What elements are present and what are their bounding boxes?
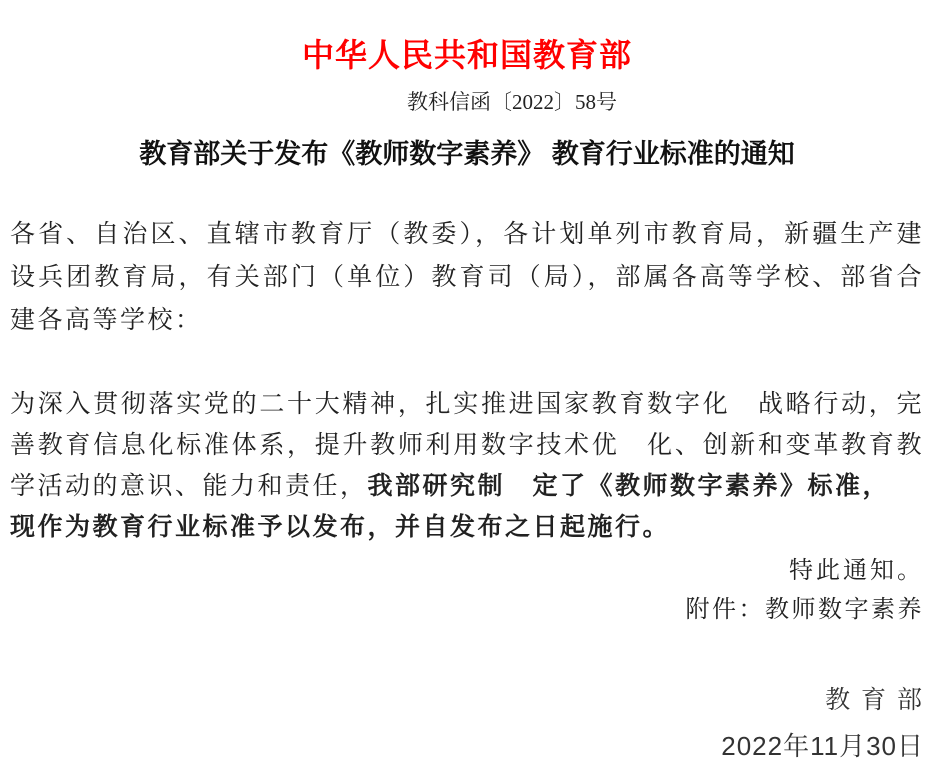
main-line-3-regular: 学活动的意识、能力和责任，	[10, 473, 368, 500]
main-paragraph: 为深入贯彻落实党的二十大精神，扎实推进国家教育数字化 战略行动，完 善教育信息化…	[10, 384, 924, 548]
main-line-1: 为深入贯彻落实党的二十大精神，扎实推进国家教育数字化 战略行动，完	[10, 384, 924, 425]
recipients-paragraph: 各省、自治区、直辖市教育厅（教委），各计划单列市教育局，新疆生产建 设兵团教育局…	[10, 213, 924, 342]
document-page: 中华人民共和国教育部 教科信函〔2022〕58号 教育部关于发布《教师数字素养》…	[0, 0, 938, 765]
main-line-3: 学活动的意识、能力和责任，我部研究制 定了《教师数字素养》标准，	[10, 466, 924, 507]
subject-title: 教育部关于发布《教师数字素养》 教育行业标准的通知	[10, 139, 924, 169]
recipients-line-2: 设兵团教育局，有关部门（单位）教育司（局），部属各高等学校、部省合	[10, 256, 924, 299]
main-line-3-bold: 我部研究制 定了《教师数字素养》标准，	[368, 473, 891, 500]
recipients-line-1: 各省、自治区、直辖市教育厅（教委），各计划单列市教育局，新疆生产建	[10, 213, 924, 256]
main-line-4: 现作为教育行业标准予以发布，并自发布之日起施行。	[10, 507, 924, 548]
ministry-title: 中华人民共和国教育部	[10, 38, 924, 72]
attachment-line: 附件：教师数字素养	[10, 591, 924, 630]
issuer-name: 教 育 部	[10, 680, 924, 720]
issue-date: 2022年11月30日	[10, 726, 924, 765]
main-line-2: 善教育信息化标准体系，提升教师利用数字技术优 化、创新和变革教育教	[10, 425, 924, 466]
closing-line: 特此通知。	[10, 552, 924, 591]
recipients-line-3: 建各高等学校：	[10, 299, 924, 342]
doc-number: 教科信函〔2022〕58号	[55, 89, 938, 115]
